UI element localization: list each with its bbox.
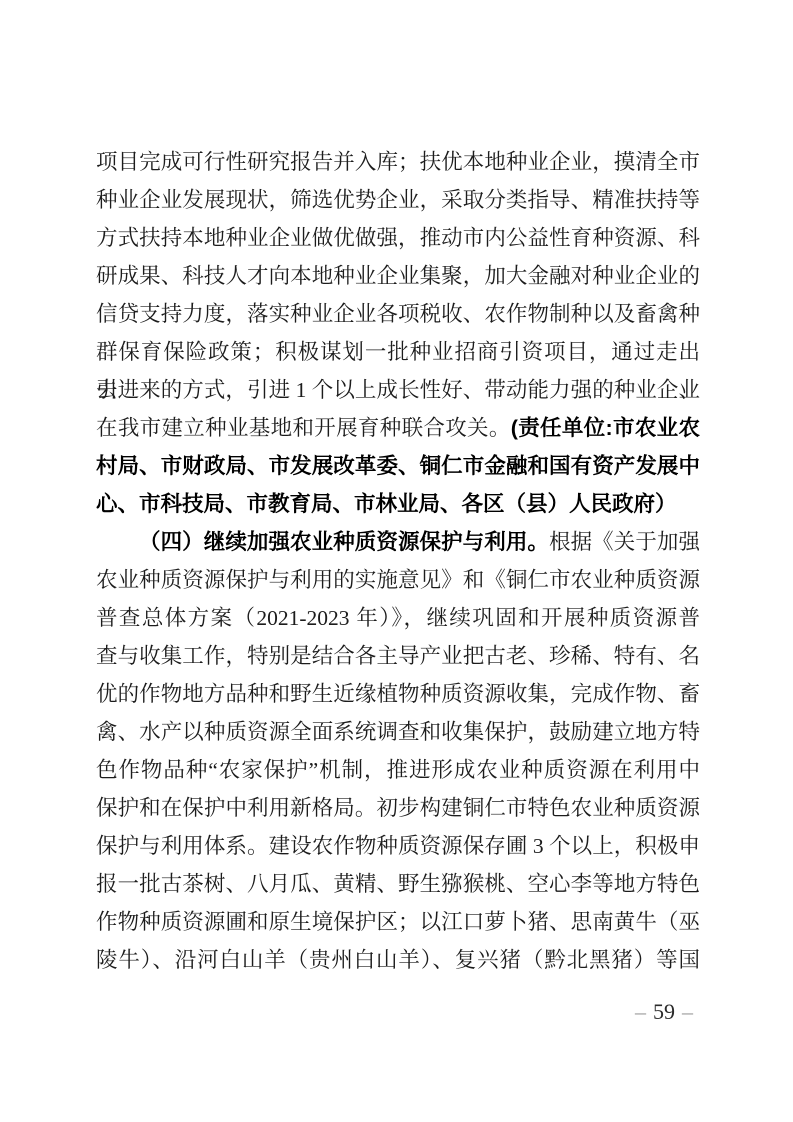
text-line: （四）继续加强农业种质资源保护与利用。根据《关于加强 bbox=[96, 523, 700, 561]
text-run: 保护与利用体系。建设农作物种质资源保存圃 3 个以上，积极申 bbox=[96, 834, 700, 858]
text-line: 色作物品种“农家保护”机制，推进形成农业种质资源在利用中 bbox=[96, 751, 700, 789]
text-run: 禽、水产以种质资源全面系统调查和收集保护，鼓励建立地方特 bbox=[96, 720, 700, 744]
page-number: –59– bbox=[628, 1000, 700, 1024]
text-run: 种业企业发展现状，筛选优势企业，采取分类指导、精准扶持等 bbox=[96, 188, 700, 212]
text-line: 信贷支持力度，落实种业企业各项税收、农作物制种以及畜禽种 bbox=[96, 295, 700, 333]
text-run: 研成果、科技人才向本地种业企业集聚，加大金融对种业企业的 bbox=[96, 264, 700, 288]
text-line: 禽、水产以种质资源全面系统调查和收集保护，鼓励建立地方特 bbox=[96, 713, 700, 751]
text-line: 村局、市财政局、市发展改革委、铜仁市金融和国有资产发展中 bbox=[96, 447, 700, 485]
text-line: 陵牛）、沿河白山羊（贵州白山羊）、复兴猪（黔北黑猪）等国 bbox=[96, 941, 700, 979]
text-line: 研成果、科技人才向本地种业企业集聚，加大金融对种业企业的 bbox=[96, 257, 700, 295]
page-number-dash-right: – bbox=[682, 999, 693, 1024]
text-line: 普查总体方案（2021-2023 年）》，继续巩固和开展种质资源普 bbox=[96, 599, 700, 637]
responsible-unit-text: 心、市科技局、市教育局、市林业局、各区（县）人民政府） bbox=[96, 492, 677, 516]
text-run: 农业种质资源保护与利用的实施意见》和《铜仁市农业种质资源 bbox=[96, 568, 700, 592]
text-run: 查与收集工作，特别是结合各主导产业把古老、珍稀、特有、名 bbox=[96, 644, 700, 668]
text-run: 引进来的方式，引进 1 个以上成长性好、带动能力强的种业企业 bbox=[96, 378, 700, 402]
text-line: 农业种质资源保护与利用的实施意见》和《铜仁市农业种质资源 bbox=[96, 561, 700, 599]
text-run: 保护和在保护中利用新格局。初步构建铜仁市特色农业种质资源 bbox=[96, 796, 700, 820]
text-run: 报一批古茶树、八月瓜、黄精、野生猕猴桃、空心李等地方特色 bbox=[96, 872, 700, 896]
text-run: 项目完成可行性研究报告并入库；扶优本地种业企业，摸清全市 bbox=[96, 150, 700, 174]
text-line: 心、市科技局、市教育局、市林业局、各区（县）人民政府） bbox=[96, 485, 700, 523]
responsible-unit-text: 村局、市财政局、市发展改革委、铜仁市金融和国有资产发展中 bbox=[96, 454, 700, 478]
text-line: 报一批古茶树、八月瓜、黄精、野生猕猴桃、空心李等地方特色 bbox=[96, 865, 700, 903]
text-line: 种业企业发展现状，筛选优势企业，采取分类指导、精准扶持等 bbox=[96, 181, 700, 219]
text-run: 在我市建立种业基地和开展育种联合攻关。 bbox=[96, 416, 511, 440]
body-text: 项目完成可行性研究报告并入库；扶优本地种业企业，摸清全市 种业企业发展现状，筛选… bbox=[96, 143, 700, 979]
text-run: 陵牛）、沿河白山羊（贵州白山羊）、复兴猪（黔北黑猪）等国 bbox=[96, 948, 700, 972]
text-run: 根据《关于加强 bbox=[549, 530, 700, 554]
text-run: 信贷支持力度，落实种业企业各项税收、农作物制种以及畜禽种 bbox=[96, 302, 700, 326]
text-run: 普查总体方案（2021-2023 年）》，继续巩固和开展种质资源普 bbox=[96, 606, 700, 630]
text-line: 保护与利用体系。建设农作物种质资源保存圃 3 个以上，积极申 bbox=[96, 827, 700, 865]
text-line: 优的作物地方品种和野生近缘植物种质资源收集，完成作物、畜 bbox=[96, 675, 700, 713]
text-run: 色作物品种“农家保护”机制，推进形成农业种质资源在利用中 bbox=[96, 758, 700, 782]
responsible-unit-text: (责任单位:市农业农 bbox=[511, 416, 700, 440]
page: 项目完成可行性研究报告并入库；扶优本地种业企业，摸清全市 种业企业发展现状，筛选… bbox=[0, 0, 793, 1122]
text-line: 引进来的方式，引进 1 个以上成长性好、带动能力强的种业企业 bbox=[96, 371, 700, 409]
text-line: 方式扶持本地种业企业做优做强，推动市内公益性育种资源、科 bbox=[96, 219, 700, 257]
text-run: 优的作物地方品种和野生近缘植物种质资源收集，完成作物、畜 bbox=[96, 682, 700, 706]
text-line: 项目完成可行性研究报告并入库；扶优本地种业企业，摸清全市 bbox=[96, 143, 700, 181]
section-heading: （四）继续加强农业种质资源保护与利用。 bbox=[139, 530, 549, 554]
text-run: 方式扶持本地种业企业做优做强，推动市内公益性育种资源、科 bbox=[96, 226, 700, 250]
text-line: 查与收集工作，特别是结合各主导产业把古老、珍稀、特有、名 bbox=[96, 637, 700, 675]
text-run: 作物种质资源圃和原生境保护区；以江口萝卜猪、思南黄牛（巫 bbox=[96, 910, 700, 934]
text-line: 在我市建立种业基地和开展育种联合攻关。(责任单位:市农业农 bbox=[96, 409, 700, 447]
page-number-value: 59 bbox=[653, 999, 675, 1024]
text-line: 作物种质资源圃和原生境保护区；以江口萝卜猪、思南黄牛（巫 bbox=[96, 903, 700, 941]
text-line: 保护和在保护中利用新格局。初步构建铜仁市特色农业种质资源 bbox=[96, 789, 700, 827]
text-line: 群保育保险政策；积极谋划一批种业招商引资项目，通过走出去、 bbox=[96, 333, 700, 371]
page-number-dash-left: – bbox=[635, 999, 646, 1024]
